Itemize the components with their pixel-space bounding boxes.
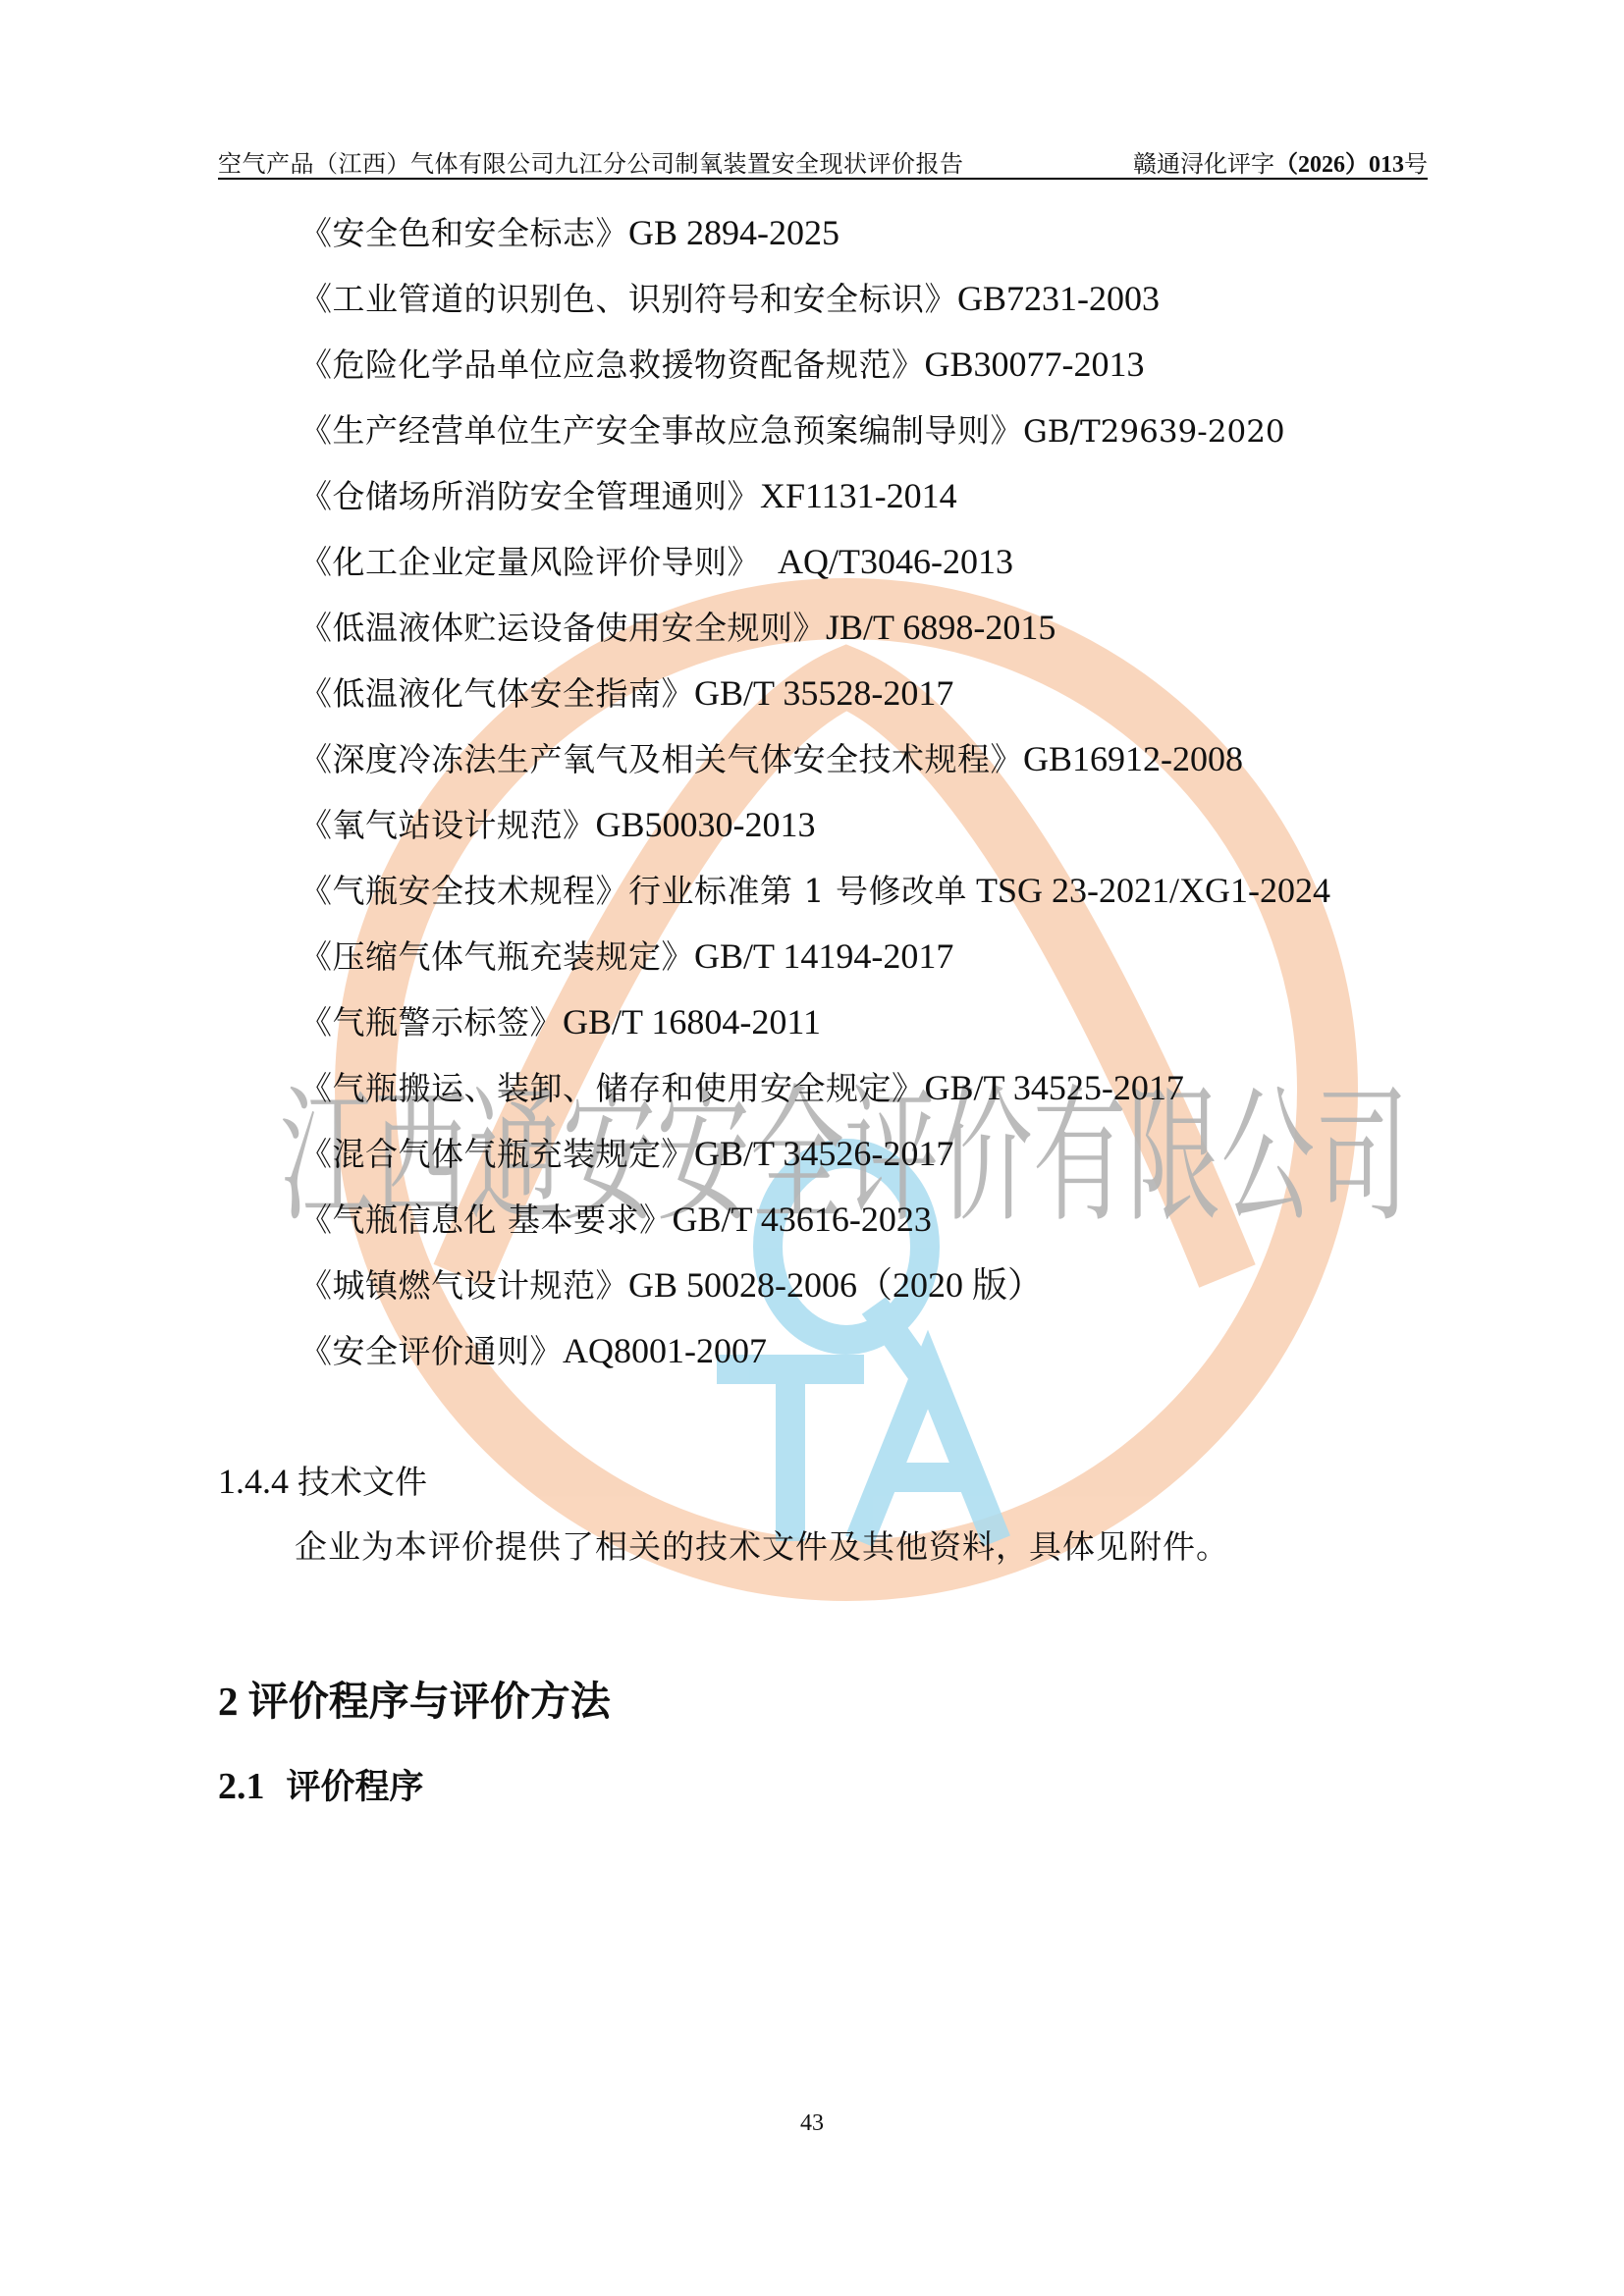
list-item: 《气瓶搬运、装卸、储存和使用安全规定》GB/T 34525-2017: [299, 1063, 1330, 1129]
list-item: 《危险化学品单位应急救援物资配备规范》GB30077-2013: [299, 340, 1330, 405]
list-item: 《化工企业定量风险评价导则》 AQ/T3046-2013: [299, 537, 1330, 603]
list-item: 《城镇燃气设计规范》GB 50028-2006（2020 版）: [299, 1260, 1330, 1326]
list-item: 《气瓶警示标签》GB/T 16804-2011: [299, 997, 1330, 1063]
page-number: 43: [0, 2110, 1624, 2137]
list-item: 《低温液体贮运设备使用安全规则》JB/T 6898-2015: [299, 603, 1330, 668]
section-heading-2: 2 评价程序与评价方法: [218, 1669, 611, 1727]
list-item: 《压缩气体气瓶充装规定》GB/T 14194-2017: [299, 932, 1330, 997]
list-item: 《安全色和安全标志》GB 2894-2025: [299, 208, 1330, 274]
report-title: 空气产品（江西）气体有限公司九江分公司制氧装置安全现状评价报告: [218, 144, 964, 179]
page-header: 空气产品（江西）气体有限公司九江分公司制氧装置安全现状评价报告 赣通浔化评字（2…: [218, 142, 1428, 180]
list-item: 《安全评价通则》AQ8001-2007: [299, 1326, 1330, 1392]
list-item: 《混合气体气瓶充装规定》GB/T 34526-2017: [299, 1129, 1330, 1195]
list-item: 《氧气站设计规范》GB50030-2013: [299, 800, 1330, 866]
section-heading-1-4-4: 1.4.4 技术文件: [218, 1457, 427, 1503]
list-item: 《生产经营单位生产安全事故应急预案编制导则》GB/T29639-2020: [299, 405, 1330, 471]
list-item: 《气瓶安全技术规程》行业标准第 1 号修改单 TSG 23-2021/XG1-2…: [299, 866, 1330, 932]
list-item: 《仓储场所消防安全管理通则》XF1131-2014: [299, 471, 1330, 537]
section-heading-2-1: 2.1评价程序: [218, 1760, 424, 1809]
list-item: 《气瓶信息化 基本要求》GB/T 43616-2023: [299, 1195, 1330, 1260]
list-item: 《深度冷冻法生产氧气及相关气体安全技术规程》GB16912-2008: [299, 734, 1330, 800]
technical-documents-paragraph: 企业为本评价提供了相关的技术文件及其他资料，具体见附件。: [295, 1522, 1229, 1568]
list-item: 《工业管道的识别色、识别符号和安全标识》GB7231-2003: [299, 274, 1330, 340]
list-item: 《低温液化气体安全指南》GB/T 35528-2017: [299, 668, 1330, 734]
document-page: 江西通安安全评价有限公司 空气产品（江西）气体有限公司九江分公司制氧装置安全现状…: [0, 0, 1624, 2296]
reference-standards-list: 《安全色和安全标志》GB 2894-2025 《工业管道的识别色、识别符号和安全…: [299, 208, 1330, 1392]
report-number: 赣通浔化评字（2026）013号: [1133, 144, 1428, 179]
